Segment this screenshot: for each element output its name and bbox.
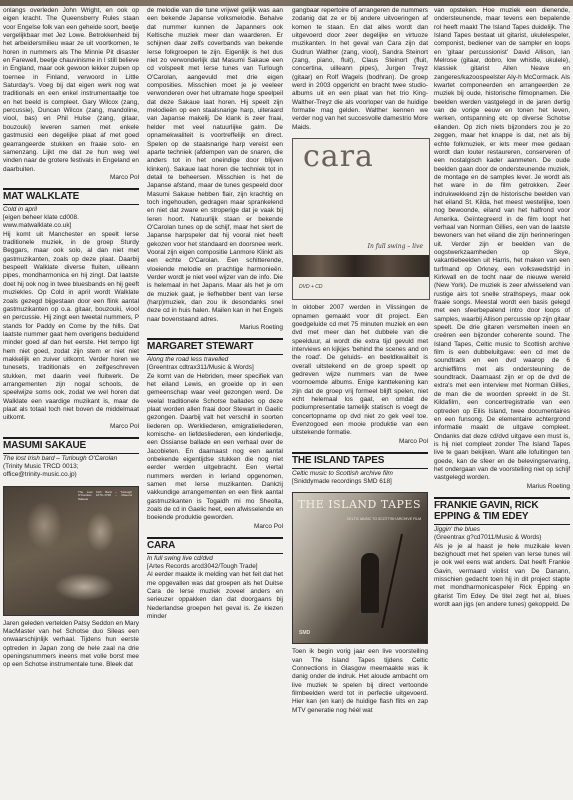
album-cover-caption: The Lost Irish Bard – Turlough O'Carolan… xyxy=(78,491,132,502)
section-rule xyxy=(434,497,570,499)
review-artist-title: THE ISLAND TAPES xyxy=(292,455,428,469)
column-2: de melodie van die tune vrijwel gelijk w… xyxy=(147,7,283,621)
review-email[interactable]: office@trinity-music.co.jp) xyxy=(3,471,139,479)
island-cover-label-logo: SMD xyxy=(299,629,310,637)
review-signature: Marco Pol xyxy=(292,438,428,446)
review-body: Jaren geleden vertelden Patsy Seddon en … xyxy=(3,620,139,670)
cara-cover-concert-photo xyxy=(293,255,429,277)
review-masumi-sakaue: MASUMI SAKAUE The lost Irish bard – Turl… xyxy=(3,437,139,670)
review-label-info: [eigen beheer klate cd008. xyxy=(3,214,139,222)
cara-logo: cara xyxy=(303,153,374,161)
review-album-title: Cold in april xyxy=(3,206,139,214)
album-cover-masumi-sakaue: The Lost Irish Bard – Turlough O'Carolan… xyxy=(3,486,139,616)
column-3: gangbaar repertoire of arrangeren de num… xyxy=(292,7,428,715)
section-rule xyxy=(3,188,139,190)
review-signature: Marco Pol xyxy=(3,423,139,431)
review-album-title: Along the road less travelled xyxy=(147,356,283,364)
review-album-title: In full swing live cd/dvd xyxy=(147,555,283,563)
review-signature: Marco Pol xyxy=(147,523,283,531)
cara-cover-subtitle: In full swing – live xyxy=(368,243,423,251)
section-rule xyxy=(147,537,283,539)
review-body: In oktober 2007 werden in Vlissingen de … xyxy=(292,304,428,438)
review-artist-title: MAT WALKLATE xyxy=(3,191,139,205)
island-cover-figure xyxy=(361,553,379,613)
review-body-continued: van opsteken. Hoe muziek een dienende, o… xyxy=(434,7,570,483)
review-body: Ze komt van de Hebriden, meer specifiek … xyxy=(147,373,283,523)
review-artist-title: FRANKIE GAVIN, RICK EPPING & TIM EDEY xyxy=(434,500,570,525)
island-cover-title: THE ISLAND TAPES xyxy=(298,501,421,509)
scan-top-edge xyxy=(0,0,573,6)
review-body-continued: de melodie van die tune vrijwel gelijk w… xyxy=(147,7,283,324)
column-1: onlangs overleden John Wright, en ook op… xyxy=(3,7,139,670)
review-body: Hij komt uit Manchester en speelt Ierse … xyxy=(3,231,139,423)
review-album-title: Jiggin' the blues xyxy=(434,526,570,534)
review-island-tapes: THE ISLAND TAPES Celtic music to Scottis… xyxy=(292,452,428,715)
album-cover-cara: cara In full swing – live DVD + CD xyxy=(292,138,430,300)
review-url[interactable]: www.matwalklate.co.uk] xyxy=(3,222,139,230)
review-body: Als je je al haast je hele muzikale leve… xyxy=(434,543,570,610)
column-4: van opsteken. Hoe muziek een dienende, o… xyxy=(434,7,570,609)
review-frankie-gavin: FRANKIE GAVIN, RICK EPPING & TIM EDEY Ji… xyxy=(434,497,570,609)
review-label-info: (Trinity Music TRCD 0013; xyxy=(3,463,139,471)
review-body: Toen ik begin vorig jaar een live voorst… xyxy=(292,648,428,715)
review-body-continued: gangbaar repertoire of arrangeren de num… xyxy=(292,7,428,132)
island-cover-pole xyxy=(381,534,403,628)
continued-review-text: onlangs overleden John Wright, en ook op… xyxy=(3,7,139,174)
review-signature: Marius Roeting xyxy=(147,324,283,332)
review-label-info: [Artes Records arcd3042/Tough Trade] xyxy=(147,563,283,571)
review-album-title: Celtic music to Scottish archive film xyxy=(292,470,428,478)
review-mat-walklate: MAT WALKLATE Cold in april [eigen beheer… xyxy=(3,188,139,431)
island-cover-subtitle: CELTIC MUSIC TO SCOTTISH ARCHIVE FILM xyxy=(347,515,421,523)
review-artist-title: MARGARET STEWART xyxy=(147,341,283,355)
review-label-info: [Sniddymade recordings SMD 618] xyxy=(292,478,428,486)
review-artist-title: MASUMI SAKAUE xyxy=(3,440,139,454)
section-rule xyxy=(3,437,139,439)
cara-cover-format: DVD + CD xyxy=(299,283,322,291)
review-album-title: The lost Irish bard – Turlough O'Carolan xyxy=(3,455,139,463)
review-margaret-stewart: MARGARET STEWART Along the road less tra… xyxy=(147,338,283,531)
review-artist-title: CARA xyxy=(147,540,283,554)
section-rule xyxy=(147,338,283,340)
album-cover-island-tapes: THE ISLAND TAPES CELTIC MUSIC TO SCOTTIS… xyxy=(292,492,428,644)
review-body: Al eerder maakte ik melding van het feit… xyxy=(147,571,283,621)
review-label-info: (Greentrax g?cd7011/Music & Words) xyxy=(434,534,570,542)
review-cara: CARA In full swing live cd/dvd [Artes Re… xyxy=(147,537,283,621)
review-signature: Marius Roeting xyxy=(434,483,570,491)
review-signature: Marco Pol xyxy=(3,174,139,182)
section-rule xyxy=(292,452,428,454)
review-label-info: [Greentrax cdtrax311/Music & Words] xyxy=(147,364,283,372)
